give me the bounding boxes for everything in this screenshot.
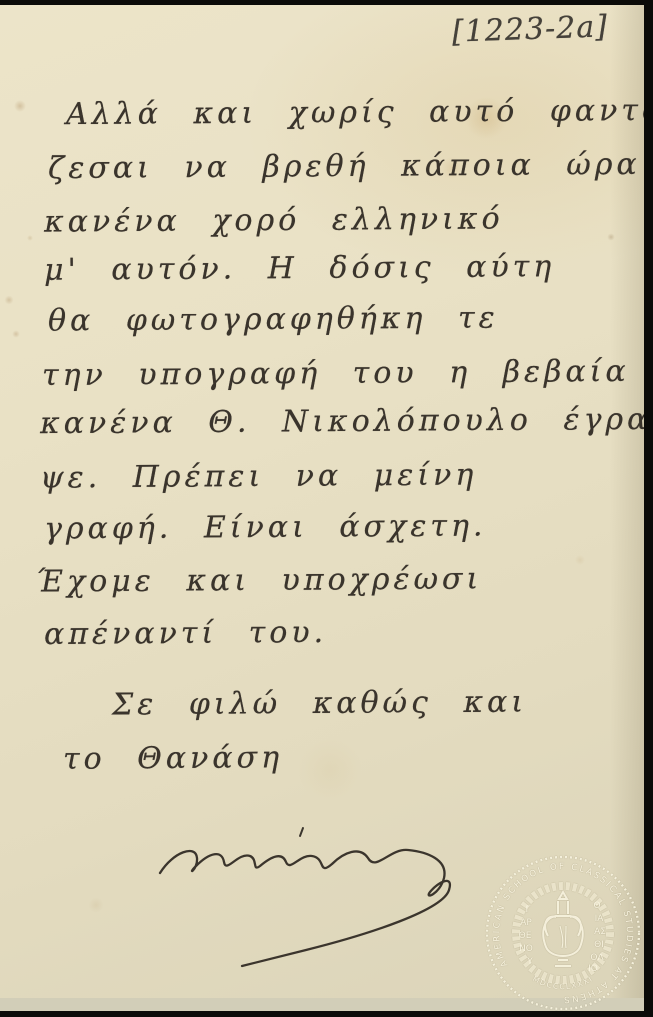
scan-edge-bottom — [0, 1011, 653, 1017]
scan-edge-top — [0, 0, 653, 5]
scanned-letter-page: [1223-2a] Αλλά και χωρίς αυτό φαντά- ζεσ… — [0, 0, 653, 1017]
scan-edge-right — [644, 0, 653, 1017]
signature-flourish — [0, 0, 653, 1017]
